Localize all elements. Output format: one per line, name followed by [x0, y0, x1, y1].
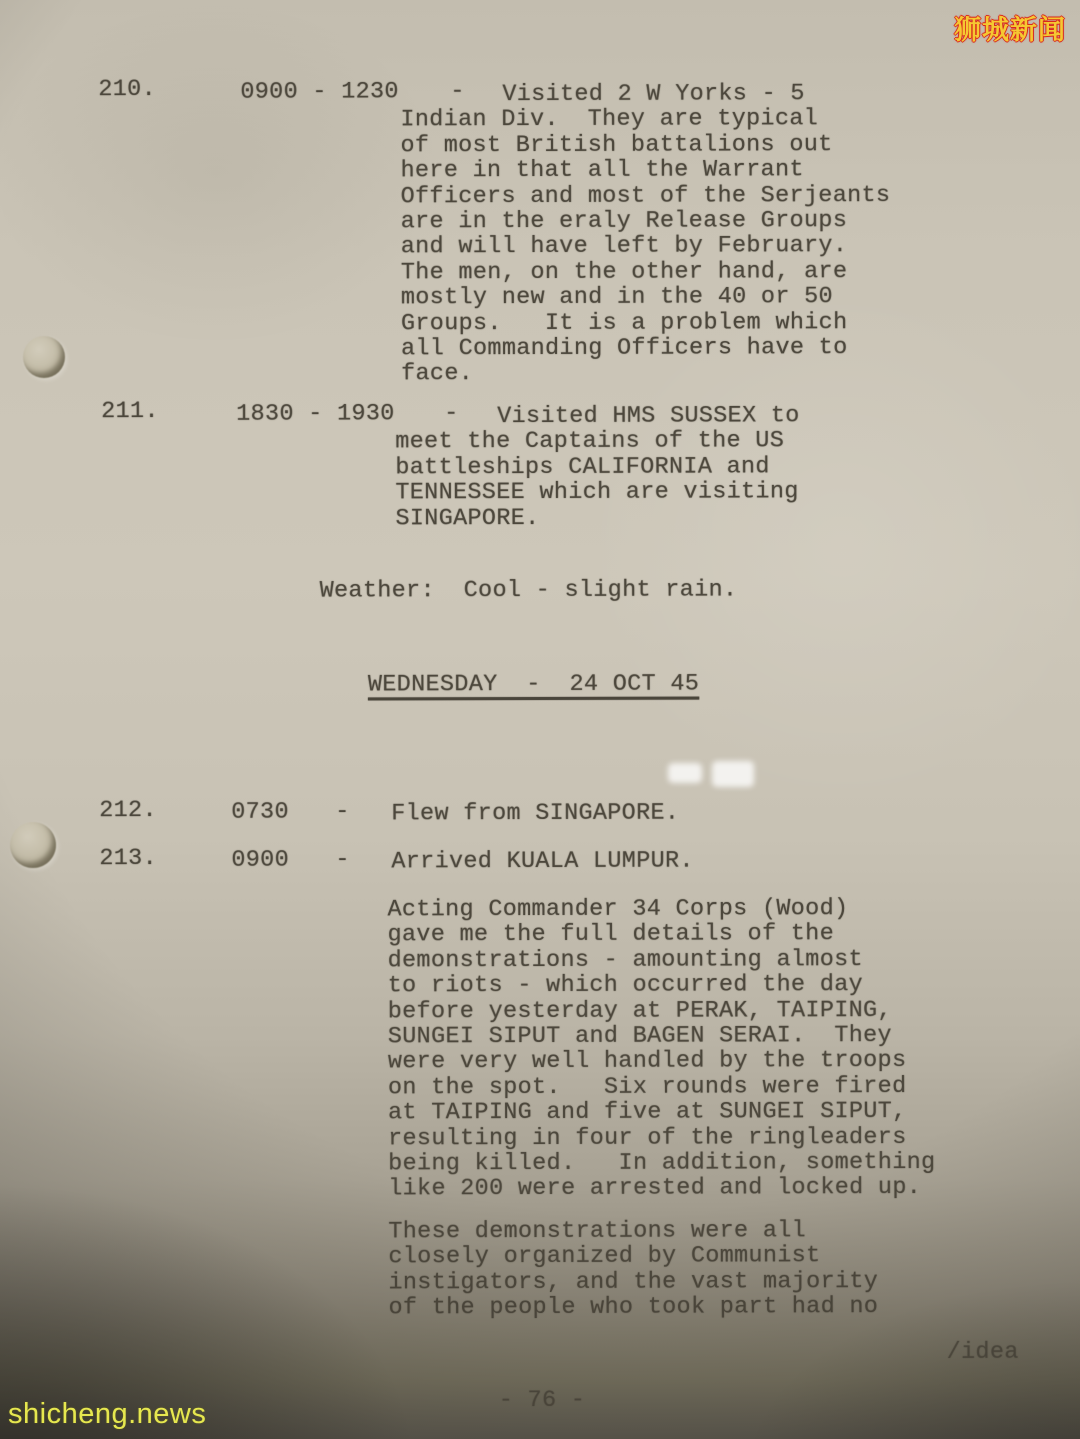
entry-body: Visited 2 W Yorks - 5 Indian Div. They a… — [400, 81, 890, 387]
typed-text-layer: 210. 0900 - 1230 - Visited 2 W Yorks - 5… — [0, 0, 1080, 1439]
diary-paragraph: Acting Commander 34 Corps (Wood) gave me… — [387, 896, 935, 1202]
document-photo: { "watermarks": { "top_right": "狮城新闻", "… — [0, 0, 1080, 1439]
entry-time: 0730 — [231, 800, 289, 826]
entry-separator: - — [335, 847, 349, 872]
watermark-bottom-left: shicheng.news — [8, 1398, 206, 1431]
paper-page: 210. 0900 - 1230 - Visited 2 W Yorks - 5… — [0, 0, 1080, 1439]
weather-line: Weather: Cool - slight rain. — [320, 577, 738, 603]
entry-time: 1830 - 1930 — [236, 401, 395, 427]
entry-number: 212. — [99, 798, 157, 824]
day-heading: WEDNESDAY - 24 OCT 45 — [368, 672, 699, 698]
entry-time: 0900 — [231, 848, 289, 874]
entry-number: 210. — [98, 77, 156, 103]
entry-body: Arrived KUALA LUMPUR. — [391, 849, 694, 875]
entry-time: 0900 - 1230 — [240, 79, 399, 105]
entry-body: Flew from SINGAPORE. — [391, 801, 679, 827]
entry-body: Visited HMS SUSSEX to meet the Captains … — [395, 403, 800, 531]
diary-paragraph: These demonstrations were all closely or… — [388, 1218, 878, 1321]
catchword: /idea — [947, 1340, 1019, 1366]
entry-number: 213. — [99, 846, 157, 872]
entry-separator: - — [335, 799, 349, 824]
entry-number: 211. — [101, 399, 159, 425]
watermark-top-right: 狮城新闻 — [954, 8, 1066, 47]
page-number: - 76 - — [499, 1388, 585, 1414]
